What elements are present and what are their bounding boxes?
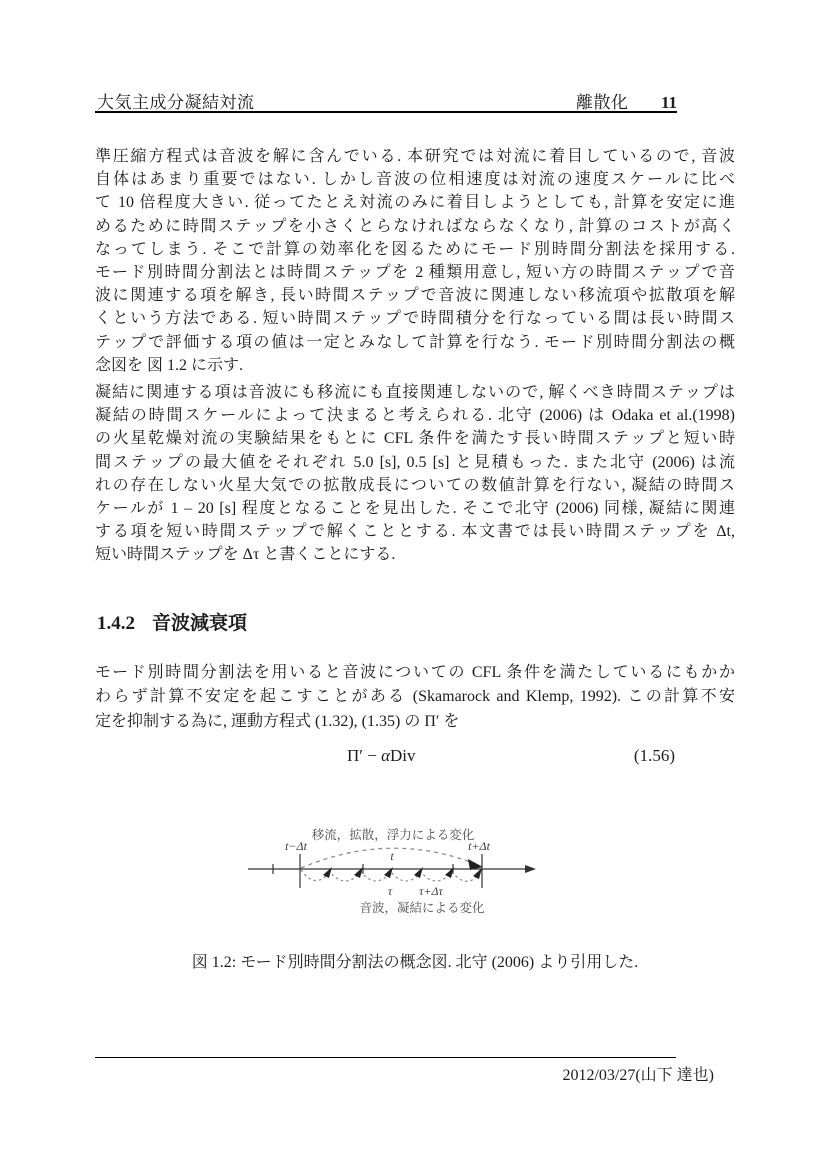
text-line: ケールが 1 – 20 [s] 程度となることを見出した. そこで北守 (200… [95,497,735,520]
text-line: わらず計算不安定を起こすことがある (Skamarock and Klemp, … [95,685,735,709]
text-line: 波に関連する項を解き, 長い時間ステップで音波に関連しない移流項や拡散項を解 [95,284,735,307]
footer-date-author: 2012/03/27(山下 達也) [95,1062,714,1085]
long-step-arrowhead [468,859,483,870]
figure-bottom-label: 音波，凝結による変化 [359,900,485,915]
footer-rule [95,1057,676,1058]
figure-1-2: 移流，拡散，浮力による変化 t−Δt t [240,816,550,921]
text-line: めるために時間ステップを小さくとらなければならなくなり, 計算のコストが高く [95,215,735,238]
equation-pi: Π′ [347,746,363,765]
text-line: 短い時間ステップを Δτ と書くことにする. [95,543,735,566]
equation-minus: − [363,746,381,765]
paragraph-3: モード別時間分割法を用いると音波についての CFL 条件を満たしているにもかかわ… [95,661,735,734]
time-axis-arrowhead [525,865,536,873]
section-number: 1.4.2 [97,613,135,634]
text-line: の火星乾燥対流の実験結果をもとに CFL 条件を満たす長い時間ステップと短い時 [95,427,735,450]
document-page: 大気主成分凝結対流 離散化 11 準圧縮方程式は音波を解に含んでいる. 本研究で… [0,0,826,1169]
section-heading: 1.4.2音波減衰項 [97,608,247,635]
text-line: 凝結に関連する項は音波にも移流にも直接関連しないので, 解くべき時間ステップは [95,381,735,404]
text-line: 念図を 図 1.2 に示す. [95,354,735,377]
label-t: t [390,849,394,863]
header-rule [95,111,677,113]
text-line: なってしまう. そこで計算の効率化を図るためにモード別時間分割法を採用する. [95,238,735,261]
header-section-name: 離散化 [576,88,629,113]
header-document-title: 大気主成分凝結対流 [97,88,255,113]
text-line: テップで評価する項の値は一定とみなして計算を行なう. モード別時間分割法の概 [95,331,735,354]
text-line: 自体はあまり重要ではない. しかし音波の位相速度は対流の速度スケールに比べ [95,168,735,191]
text-line: モード別時間分割法とは時間ステップを 2 種類用意し, 短い方の時間ステップで音 [95,261,735,284]
paragraph-2: 凝結に関連する項は音波にも移流にも直接関連しないので, 解くべき時間ステップは凝… [95,381,735,567]
text-line: 準圧縮方程式は音波を解に含んでいる. 本研究では対流に着目しているので, 音波 [95,145,735,168]
label-tau: τ [388,884,393,898]
text-line: 定を抑制する為に, 運動方程式 (1.32), (1.35) の Π′ を [95,710,735,734]
label-tau-plus-dtau: τ+Δτ [419,884,443,898]
equation-alpha: α [381,746,390,765]
text-line: モード別時間分割法を用いると音波についての CFL 条件を満たしているにもかか [95,661,735,685]
section-title: 音波減衰項 [152,613,247,634]
label-t-plus-dt: t+Δt [468,839,490,853]
text-line: 間ステップの最大値をそれぞれ 5.0 [s], 0.5 [s] と見積もった. … [95,451,735,474]
time-splitting-diagram: 移流，拡散，浮力による変化 t−Δt t [240,816,550,921]
equation-body: Π′ − αDiv [347,746,416,766]
figure-top-label: 移流，拡散，浮力による変化 [312,827,475,842]
equation-row: Π′ − αDiv (1.56) [95,746,735,770]
figure-caption: 図 1.2: モード別時間分割法の概念図. 北守 (2006) より引用した. [95,949,735,972]
equation-number: (1.56) [634,746,675,766]
header-page-number: 11 [661,93,677,113]
text-line: れの存在しない火星大気での拡散成長についての数値計算を行ない, 凝結の時間ス [95,474,735,497]
short-step-arrowhead-6 [473,868,482,879]
paragraph-1: 準圧縮方程式は音波を解に含んでいる. 本研究では対流に着目しているので, 音波自… [95,145,735,377]
text-line: て 10 倍程度大きい. 従ってたとえ対流のみに着目しようとしても, 計算を安定… [95,191,735,214]
text-line: くという方法である. 短い時間ステップで時間積分を行なっている間は長い時間ス [95,307,735,330]
text-line: する項を短い時間ステップで解くこととする. 本文書では長い時間ステップを Δt, [95,520,735,543]
label-t-minus-dt: t−Δt [285,839,307,853]
header-right-group: 離散化 11 [576,88,677,113]
equation-div: Div [390,746,416,765]
text-line: 凝結の時間スケールによって決まると考えられる. 北守 (2006) は Odak… [95,404,735,427]
